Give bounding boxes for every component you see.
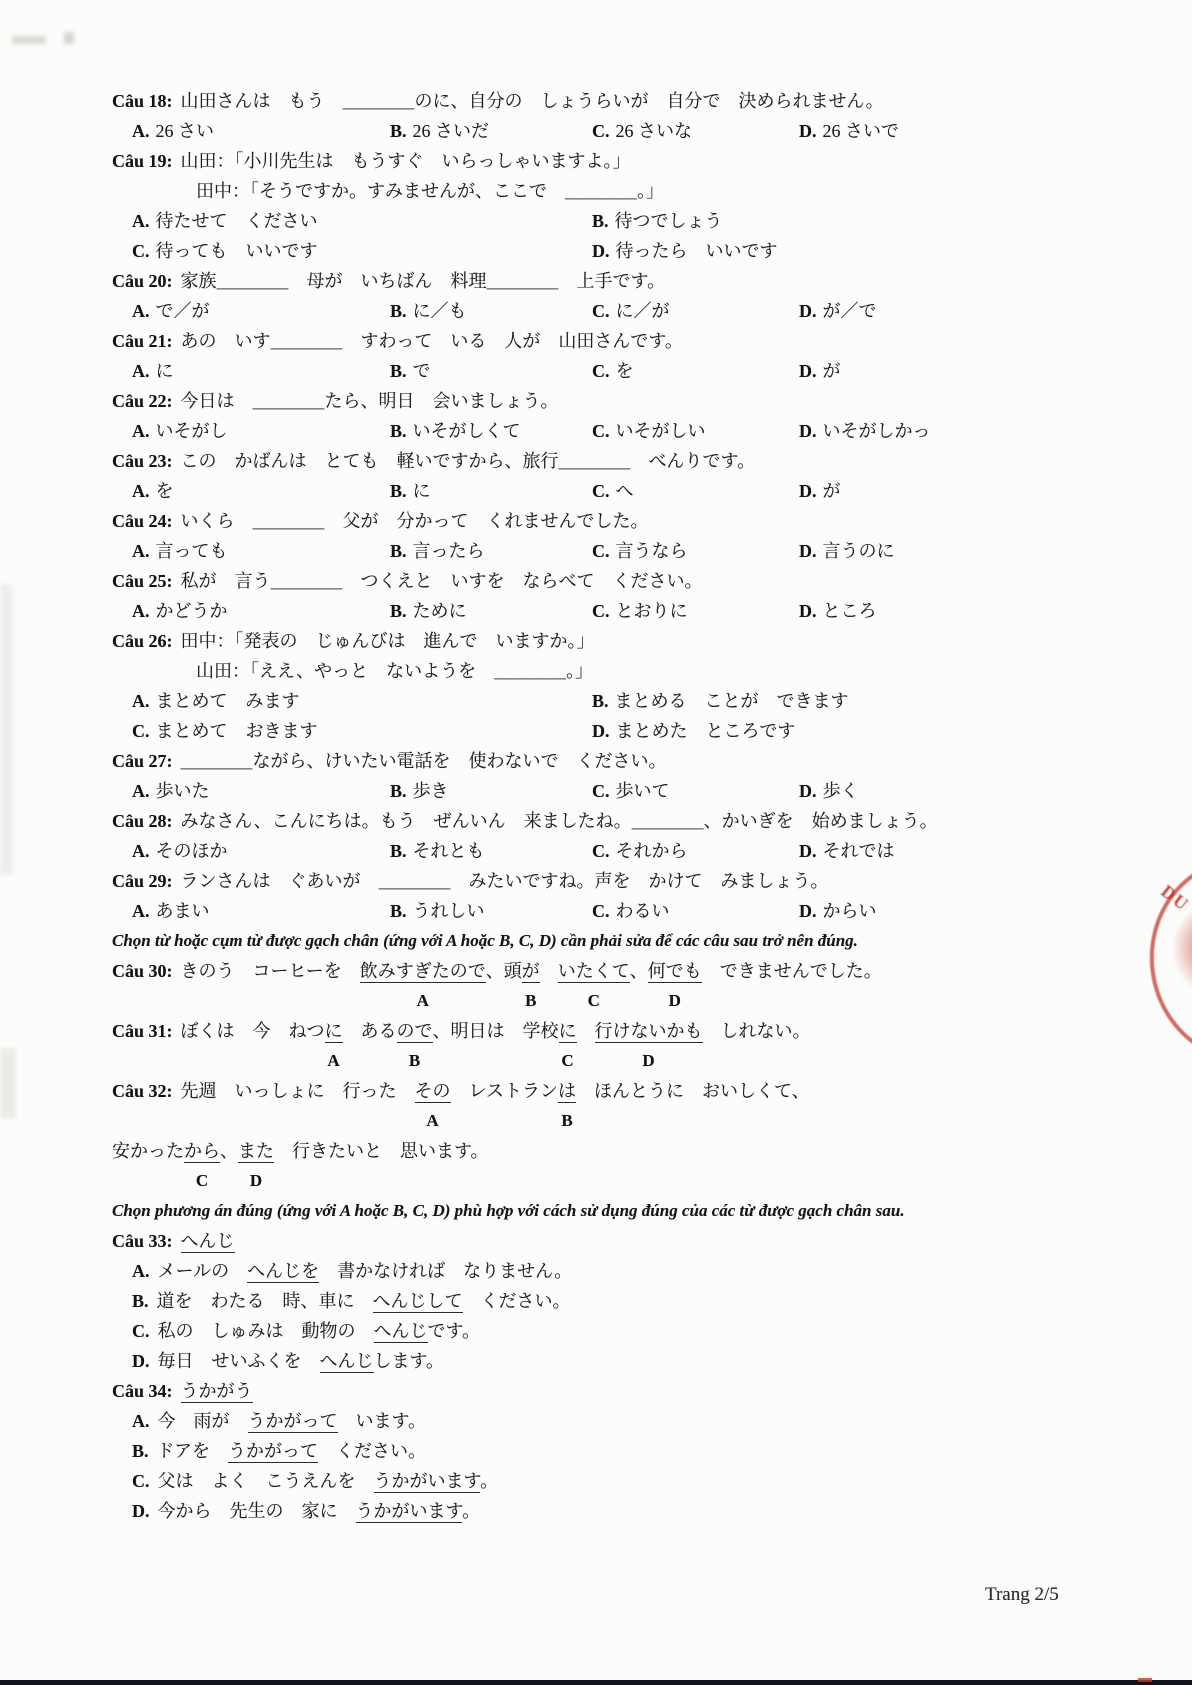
question-32: Câu 32:先週 いっしょに 行った そのA レストランはB ほんとうに おい… — [112, 1076, 1072, 1166]
question-stem-line2: 安かったからC、またD 行きたいと 思います。 — [112, 1136, 1072, 1166]
option-text: 歩き — [413, 781, 449, 801]
option-letter: C. — [592, 541, 610, 561]
stem-text: この かばんは とても 軽いですから、旅行＿＿＿＿ べんりです。 — [181, 451, 756, 471]
option-text: うれしい — [413, 901, 485, 921]
option-b: B.に — [390, 476, 592, 506]
option-b: B.いそがしくて — [390, 416, 592, 446]
scan-streak — [0, 585, 13, 875]
option-a: A.かどうか — [132, 596, 390, 626]
options-row: A.言っても B.言ったら C.言うなら D.言うのに — [112, 536, 1072, 566]
option-letter: D. — [799, 541, 817, 561]
question-stem: Câu 31:ぼくは 今 ねつにA あるのでB、明日は 学校にC 行けないかもD… — [112, 1016, 1072, 1046]
option-letter: A. — [132, 691, 150, 711]
option-letter: A. — [132, 841, 150, 861]
option-text: あまい — [156, 901, 210, 921]
option-text: 言ったら — [413, 541, 485, 561]
option-b: B.まとめる ことが できます — [592, 686, 1072, 716]
option-text: を — [156, 481, 174, 501]
option-c: C.言うなら — [592, 536, 799, 566]
option-letter: B. — [390, 841, 407, 861]
option-text: に — [413, 481, 431, 501]
stem-segments: 先週 いっしょに 行った そのA レストランはB ほんとうに おいしくて、 — [181, 1081, 810, 1101]
option-letter: C. — [592, 901, 610, 921]
option-a: A.いそがし — [132, 416, 390, 446]
option-letter: C. — [132, 241, 150, 261]
option-d: D.待ったら いいです — [592, 236, 1072, 266]
option-text: で — [413, 361, 431, 381]
option-c: C.に／が — [592, 296, 799, 326]
question-22: Câu 22:今日は ＿＿＿＿たら、明日 会いましょう。 A.いそがし B.いそ… — [112, 386, 1072, 446]
option-text: に／も — [413, 301, 467, 321]
question-label: Câu 20: — [112, 271, 173, 291]
option-c: C.待っても いいです — [132, 236, 592, 266]
question-stem: Câu 24:いくら ＿＿＿＿ 父が 分かって くれませんでした。 — [112, 506, 1072, 536]
question-label: Câu 31: — [112, 1021, 173, 1041]
question-label: Câu 26: — [112, 631, 173, 651]
option-text: が — [823, 361, 841, 381]
option-letter: C. — [132, 721, 150, 741]
option-text: わるい — [616, 901, 670, 921]
option-d: D.が／で — [799, 296, 1072, 326]
option-text: が／で — [823, 301, 877, 321]
option-b: B.言ったら — [390, 536, 592, 566]
scan-bottom-edge — [0, 1680, 1192, 1685]
option-letter: B. — [390, 481, 407, 501]
option-c: C.まとめて おきます — [132, 716, 592, 746]
option-b: B.うれしい — [390, 896, 592, 926]
question-26: Câu 26:田中：「発表の じゅんびは 進んで いますか。」 山田：「ええ、や… — [112, 626, 1072, 746]
option-letter: C. — [592, 421, 610, 441]
stem-text: 田中：「そうですか。すみませんが、ここで ＿＿＿＿。」 — [196, 181, 664, 201]
option-text: からい — [823, 901, 877, 921]
option-b: B.ために — [390, 596, 592, 626]
option-text: かどうか — [156, 601, 228, 621]
question-label: Câu 34: — [112, 1381, 173, 1401]
option-d: D.歩く — [799, 776, 1072, 806]
option-c: C.26 さいな — [592, 116, 799, 146]
question-label: Câu 32: — [112, 1081, 173, 1101]
option-text: 待つでしょう — [615, 211, 723, 231]
question-stem: Câu 33:へんじ — [112, 1226, 1072, 1256]
option-d: D.今から 先生の 家に うかがいます。 — [112, 1496, 1072, 1526]
options-row: A.26 さい B.26 さいだ C.26 さいな D.26 さいで — [112, 116, 1072, 146]
option-text: ために — [413, 601, 467, 621]
option-b: B.に／も — [390, 296, 592, 326]
option-letter: A. — [132, 481, 150, 501]
document-page: { "footer": {"page_label": "Trang 2/5"},… — [0, 0, 1192, 1685]
options-grid: A.待たせて ください B.待つでしょう C.待っても いいです D.待ったら … — [112, 206, 1072, 266]
option-a: A.今 雨が うかがって います。 — [112, 1406, 1072, 1436]
option-d: D.毎日 せいふくを へんじします。 — [112, 1346, 1072, 1376]
option-a: A.あまい — [132, 896, 390, 926]
option-letter: D. — [799, 841, 817, 861]
option-letter: A. — [132, 601, 150, 621]
option-letter: B. — [390, 541, 407, 561]
option-text: へ — [616, 481, 634, 501]
option-segments: メールの へんじを 書かなければ なりません。 — [158, 1261, 573, 1281]
option-b: B.待つでしょう — [592, 206, 1072, 236]
option-text: まとめて みます — [156, 691, 300, 711]
option-segments: 毎日 せいふくを へんじします。 — [158, 1351, 445, 1371]
stem-text: ランさんは ぐあいが ＿＿＿＿ みたいですね。声を かけて みましょう。 — [181, 871, 829, 891]
option-d: D.からい — [799, 896, 1072, 926]
question-stem: Câu 18:山田さんは もう ＿＿＿＿のに、自分の しょうらいが 自分で 決め… — [112, 86, 1072, 116]
stamp-ring — [1137, 846, 1192, 1074]
option-text: いそがしい — [616, 421, 706, 441]
option-letter: C. — [132, 1471, 150, 1491]
options-row: A.いそがし B.いそがしくて C.いそがしい D.いそがしかっ — [112, 416, 1072, 446]
option-segments: 今から 先生の 家に うかがいます。 — [158, 1501, 481, 1521]
question-label: Câu 27: — [112, 751, 173, 771]
question-24: Câu 24:いくら ＿＿＿＿ 父が 分かって くれませんでした。 A.言っても… — [112, 506, 1072, 566]
option-letter: B. — [390, 901, 407, 921]
option-c: C.わるい — [592, 896, 799, 926]
question-stem: Câu 29:ランさんは ぐあいが ＿＿＿＿ みたいですね。声を かけて みまし… — [112, 866, 1072, 896]
option-letter: D. — [799, 421, 817, 441]
option-letter: D. — [592, 241, 610, 261]
option-segments: ドアを うかがって ください。 — [157, 1441, 426, 1461]
option-text: それとも — [413, 841, 485, 861]
question-label: Câu 25: — [112, 571, 173, 591]
question-18: Câu 18:山田さんは もう ＿＿＿＿のに、自分の しょうらいが 自分で 決め… — [112, 86, 1072, 146]
option-text: 歩いて — [616, 781, 670, 801]
option-a: A.で／が — [132, 296, 390, 326]
option-c: C.へ — [592, 476, 799, 506]
option-a: A.言っても — [132, 536, 390, 566]
option-text: まとめる ことが できます — [615, 691, 849, 711]
option-text: 26 さい — [156, 121, 215, 141]
question-label: Câu 18: — [112, 91, 173, 111]
option-segments: 父は よく こうえんを うかがいます。 — [158, 1471, 499, 1491]
stem-segments: 安かったからC、またD 行きたいと 思います。 — [112, 1141, 489, 1161]
option-letter: B. — [592, 211, 609, 231]
option-letter: C. — [132, 1321, 150, 1341]
question-label: Câu 29: — [112, 871, 173, 891]
question-30: Câu 30:きのう コーヒーを 飲みすぎたのでA、頭がB いたくてC、何でもD… — [112, 956, 1072, 986]
option-text: 待ったら いいです — [616, 241, 778, 261]
option-letter: D. — [799, 121, 817, 141]
option-letter: D. — [592, 721, 610, 741]
option-segments: 今 雨が うかがって います。 — [158, 1411, 427, 1431]
question-stem: Câu 34:うかがう — [112, 1376, 1072, 1406]
stem-segments: ぼくは 今 ねつにA あるのでB、明日は 学校にC 行けないかもD しれない。 — [181, 1021, 811, 1041]
option-letter: B. — [390, 301, 407, 321]
option-d: D.26 さいで — [799, 116, 1072, 146]
option-letter: A. — [132, 1261, 150, 1281]
option-c: C.それから — [592, 836, 799, 866]
option-letter: A. — [132, 781, 150, 801]
option-a: A.メールの へんじを 書かなければ なりません。 — [112, 1256, 1072, 1286]
question-stem: Câu 21:あの いす＿＿＿＿ すわって いる 人が 山田さんです。 — [112, 326, 1072, 356]
option-a: A.待たせて ください — [132, 206, 592, 236]
option-text: 言っても — [156, 541, 228, 561]
option-b: B.それとも — [390, 836, 592, 866]
option-letter: D. — [799, 361, 817, 381]
question-stem: Câu 30:きのう コーヒーを 飲みすぎたのでA、頭がB いたくてC、何でもD… — [112, 956, 1072, 986]
option-letter: D. — [132, 1501, 150, 1521]
question-25: Câu 25:私が 言う＿＿＿＿ つくえと いすを ならべて ください。 A.か… — [112, 566, 1072, 626]
option-text: 26 さいで — [823, 121, 900, 141]
option-letter: D. — [799, 601, 817, 621]
stem-text: あの いす＿＿＿＿ すわって いる 人が 山田さんです。 — [181, 331, 683, 351]
option-b: B.道を わたる 時、車に へんじして ください。 — [112, 1286, 1072, 1316]
section-instruction-2: Chọn phương án đúng (ứng với A hoặc B, C… — [112, 1196, 1042, 1226]
option-text: 26 さいな — [616, 121, 693, 141]
options-row: A.を B.に C.へ D.が — [112, 476, 1072, 506]
option-text: ところ — [823, 601, 877, 621]
option-letter: D. — [799, 901, 817, 921]
option-c: C.歩いて — [592, 776, 799, 806]
option-d: D.いそがしかっ — [799, 416, 1072, 446]
question-label: Câu 21: — [112, 331, 173, 351]
option-letter: B. — [132, 1441, 149, 1461]
stem-text: ＿＿＿＿ながら、けいたい電話を 使わないで ください。 — [181, 751, 667, 771]
option-text: が — [823, 481, 841, 501]
option-text: 歩く — [823, 781, 859, 801]
option-text: それでは — [823, 841, 895, 861]
option-letter: D. — [132, 1351, 150, 1371]
scan-smudge — [12, 36, 46, 44]
option-letter: D. — [799, 781, 817, 801]
scan-smudge — [64, 32, 74, 44]
question-label: Câu 24: — [112, 511, 173, 531]
option-c: C.を — [592, 356, 799, 386]
stem-text: 家族＿＿＿＿ 母が いちばん 料理＿＿＿＿ 上手です。 — [181, 271, 666, 291]
question-label: Câu 23: — [112, 451, 173, 471]
section-instruction-1: Chọn từ hoặc cụm từ được gạch chân (ứng … — [112, 926, 1072, 956]
option-text: とおりに — [616, 601, 688, 621]
option-letter: B. — [390, 421, 407, 441]
option-letter: D. — [799, 481, 817, 501]
option-b: B.ドアを うかがって ください。 — [112, 1436, 1072, 1466]
stem-text: 私が 言う＿＿＿＿ つくえと いすを ならべて ください。 — [181, 571, 703, 591]
question-stem-line2: 田中：「そうですか。すみませんが、ここで ＿＿＿＿。」 — [112, 176, 1072, 206]
option-letter: B. — [390, 121, 407, 141]
stem-text: 山田さんは もう ＿＿＿＿のに、自分の しょうらいが 自分で 決められません。 — [181, 91, 884, 111]
question-23: Câu 23:この かばんは とても 軽いですから、旅行＿＿＿＿ べんりです。 … — [112, 446, 1072, 506]
option-letter: B. — [132, 1291, 149, 1311]
option-text: まとめて おきます — [156, 721, 318, 741]
options-row: A.歩いた B.歩き C.歩いて D.歩く — [112, 776, 1072, 806]
option-text: そのほか — [156, 841, 228, 861]
options-row: A.に B.で C.を D.が — [112, 356, 1072, 386]
option-letter: A. — [132, 301, 150, 321]
option-c: C.とおりに — [592, 596, 799, 626]
stem-text: 今日は ＿＿＿＿たら、明日 会いましょう。 — [181, 391, 559, 411]
option-d: D.ところ — [799, 596, 1072, 626]
stem-text: みなさん、こんにちは。もう ぜんいん 来ましたね。＿＿＿＿、かいぎを 始めましょ… — [181, 811, 938, 831]
question-31: Câu 31:ぼくは 今 ねつにA あるのでB、明日は 学校にC 行けないかもD… — [112, 1016, 1072, 1046]
option-text: いそがしかっ — [823, 421, 931, 441]
question-stem: Câu 25:私が 言う＿＿＿＿ つくえと いすを ならべて ください。 — [112, 566, 1072, 596]
option-text: で／が — [156, 301, 210, 321]
question-stem: Câu 19:山田：「小川先生は もうすぐ いらっしゃいますよ。」 — [112, 146, 1072, 176]
question-label: Câu 28: — [112, 811, 173, 831]
option-letter: B. — [390, 361, 407, 381]
question-34: Câu 34:うかがう A.今 雨が うかがって います。 B.ドアを うかがっ… — [112, 1376, 1072, 1526]
question-21: Câu 21:あの いす＿＿＿＿ すわって いる 人が 山田さんです。 A.に … — [112, 326, 1072, 386]
option-letter: B. — [592, 691, 609, 711]
option-a: A.まとめて みます — [132, 686, 592, 716]
option-text: 待っても いいです — [156, 241, 318, 261]
option-text: 言うなら — [616, 541, 688, 561]
option-letter: C. — [592, 781, 610, 801]
option-b: B.26 さいだ — [390, 116, 592, 146]
option-letter: A. — [132, 1411, 150, 1431]
option-letter: C. — [592, 601, 610, 621]
stem-text: 山田：「小川先生は もうすぐ いらっしゃいますよ。」 — [181, 151, 631, 171]
stem-segments: うかがう — [181, 1381, 253, 1401]
option-text: いそがし — [156, 421, 228, 441]
question-label: Câu 19: — [112, 151, 173, 171]
question-stem: Câu 22:今日は ＿＿＿＿たら、明日 会いましょう。 — [112, 386, 1072, 416]
option-letter: B. — [390, 601, 407, 621]
options-row: A.あまい B.うれしい C.わるい D.からい — [112, 896, 1072, 926]
option-letter: B. — [390, 781, 407, 801]
question-19: Câu 19:山田：「小川先生は もうすぐ いらっしゃいますよ。」 田中：「そう… — [112, 146, 1072, 266]
question-20: Câu 20:家族＿＿＿＿ 母が いちばん 料理＿＿＿＿ 上手です。 A.で／が… — [112, 266, 1072, 326]
stamp-letters: DU — [1157, 881, 1192, 916]
option-c: C.父は よく こうえんを うかがいます。 — [112, 1466, 1072, 1496]
question-stem: Câu 26:田中：「発表の じゅんびは 進んで いますか。」 — [112, 626, 1072, 656]
option-c: C.私の しゅみは 動物の へんじです。 — [112, 1316, 1072, 1346]
option-letter: C. — [592, 481, 610, 501]
option-text: に／が — [616, 301, 670, 321]
stem-segments: きのう コーヒーを 飲みすぎたのでA、頭がB いたくてC、何でもD できませんで… — [181, 961, 882, 981]
option-d: D.が — [799, 356, 1072, 386]
option-letter: C. — [592, 841, 610, 861]
question-27: Câu 27:＿＿＿＿ながら、けいたい電話を 使わないで ください。 A.歩いた… — [112, 746, 1072, 806]
stem-text: 田中：「発表の じゅんびは 進んで いますか。」 — [181, 631, 595, 651]
option-segments: 私の しゅみは 動物の へんじです。 — [158, 1321, 481, 1341]
page-number: Trang 2/5 — [985, 1584, 1059, 1606]
option-d: D.まとめた ところです — [592, 716, 1072, 746]
question-stem: Câu 28:みなさん、こんにちは。もう ぜんいん 来ましたね。＿＿＿＿、かいぎ… — [112, 806, 1072, 836]
question-stem: Câu 32:先週 いっしょに 行った そのA レストランはB ほんとうに おい… — [112, 1076, 1072, 1106]
option-b: B.で — [390, 356, 592, 386]
options-row: A.で／が B.に／も C.に／が D.が／で — [112, 296, 1072, 326]
stem-text: 山田：「ええ、やっと ないようを ＿＿＿＿。」 — [196, 661, 593, 681]
option-text: 待たせて ください — [156, 211, 318, 231]
question-29: Câu 29:ランさんは ぐあいが ＿＿＿＿ みたいですね。声を かけて みまし… — [112, 866, 1072, 926]
question-33: Câu 33:へんじ A.メールの へんじを 書かなければ なりません。 B.道… — [112, 1226, 1072, 1376]
option-segments: 道を わたる 時、車に へんじして ください。 — [157, 1291, 571, 1311]
question-stem: Câu 23:この かばんは とても 軽いですから、旅行＿＿＿＿ べんりです。 — [112, 446, 1072, 476]
options-row: A.そのほか B.それとも C.それから D.それでは — [112, 836, 1072, 866]
option-letter: C. — [592, 121, 610, 141]
question-stem: Câu 27:＿＿＿＿ながら、けいたい電話を 使わないで ください。 — [112, 746, 1072, 776]
options-row: A.かどうか B.ために C.とおりに D.ところ — [112, 596, 1072, 626]
option-a: A.歩いた — [132, 776, 390, 806]
question-stem-line2: 山田：「ええ、やっと ないようを ＿＿＿＿。」 — [112, 656, 1072, 686]
question-label: Câu 33: — [112, 1231, 173, 1251]
option-letter: D. — [799, 301, 817, 321]
option-text: いそがしくて — [413, 421, 521, 441]
scan-red-mark — [1138, 1678, 1152, 1682]
option-letter: C. — [592, 301, 610, 321]
question-28: Câu 28:みなさん、こんにちは。もう ぜんいん 来ましたね。＿＿＿＿、かいぎ… — [112, 806, 1072, 866]
option-letter: A. — [132, 901, 150, 921]
red-stamp: DU — [1142, 852, 1192, 1067]
stem-text: いくら ＿＿＿＿ 父が 分かって くれませんでした。 — [181, 511, 649, 531]
option-b: B.歩き — [390, 776, 592, 806]
option-a: A.を — [132, 476, 390, 506]
option-text: 歩いた — [156, 781, 210, 801]
option-a: A.26 さい — [132, 116, 390, 146]
option-letter: C. — [592, 361, 610, 381]
option-d: D.それでは — [799, 836, 1072, 866]
option-text: を — [616, 361, 634, 381]
option-a: A.そのほか — [132, 836, 390, 866]
option-letter: A. — [132, 211, 150, 231]
exam-body: Câu 18:山田さんは もう ＿＿＿＿のに、自分の しょうらいが 自分で 決め… — [112, 86, 1072, 1526]
option-text: それから — [616, 841, 688, 861]
scan-streak — [0, 1048, 16, 1118]
option-text: まとめた ところです — [616, 721, 796, 741]
question-label: Câu 22: — [112, 391, 173, 411]
option-letter: A. — [132, 541, 150, 561]
stem-segments: へんじ — [181, 1231, 235, 1251]
option-c: C.いそがしい — [592, 416, 799, 446]
options-grid: A.まとめて みます B.まとめる ことが できます C.まとめて おきます D… — [112, 686, 1072, 746]
question-label: Câu 30: — [112, 961, 173, 981]
option-letter: A. — [132, 361, 150, 381]
option-text: に — [156, 361, 174, 381]
option-text: 言うのに — [823, 541, 895, 561]
option-text: 26 さいだ — [413, 121, 490, 141]
option-a: A.に — [132, 356, 390, 386]
question-stem: Câu 20:家族＿＿＿＿ 母が いちばん 料理＿＿＿＿ 上手です。 — [112, 266, 1072, 296]
option-d: D.が — [799, 476, 1072, 506]
stamp-emblem — [1172, 900, 1192, 1020]
option-letter: A. — [132, 121, 150, 141]
option-letter: A. — [132, 421, 150, 441]
option-d: D.言うのに — [799, 536, 1072, 566]
